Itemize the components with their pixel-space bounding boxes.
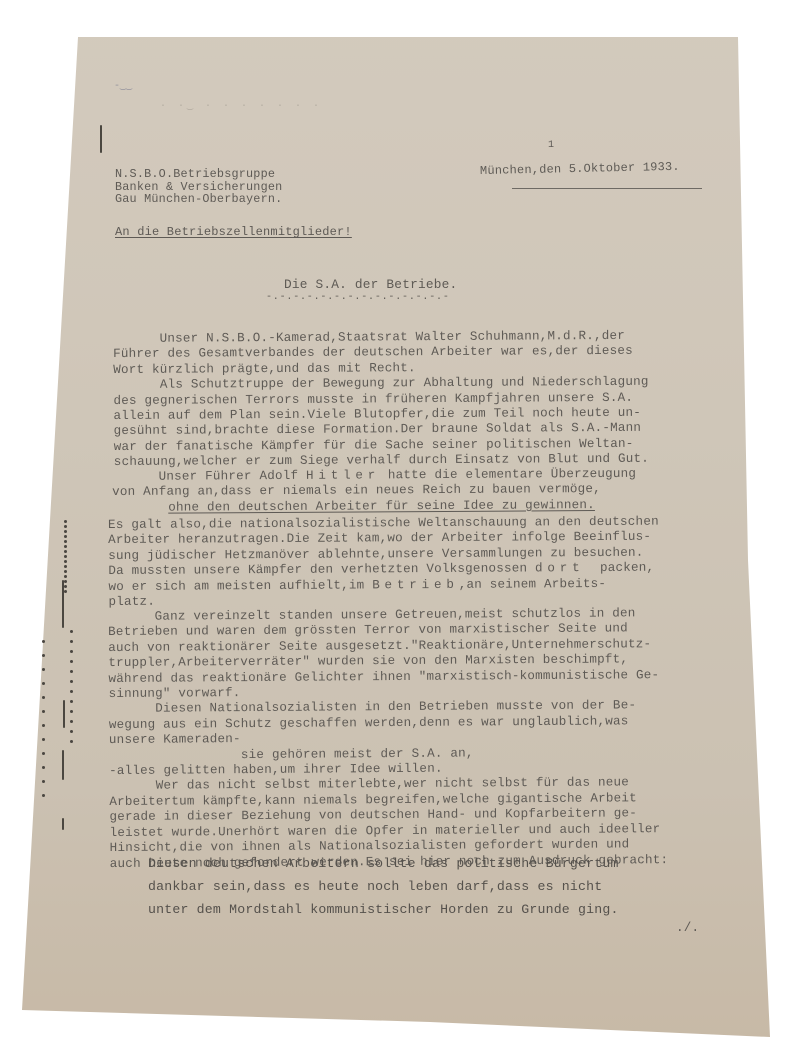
sender-block: N.S.B.O.BetriebsgruppeBanken & Versicher… [115,168,282,206]
margin-line-mark [62,750,64,780]
perforation-dots [64,520,68,595]
perforation-dots [70,630,74,750]
top-ink-smudge: -‿‿ [114,80,132,92]
text-line: Führer des Gesamtverbandes der deutschen… [113,344,648,363]
margin-line-mark [63,700,65,728]
underlined-emphasis: ohne den deutschen Arbeiter für seine Id… [168,498,595,515]
sender-line: Gau München-Oberbayern. [115,193,282,206]
sender-line: N.S.B.O.Betriebsgruppe [115,168,282,181]
salutation: An die Betriebszellenmitglieder! [115,225,352,240]
title-rule: -.-.-.-.-.-.-.-.-.-.-.-.-.- [266,290,450,305]
spaced-name: Hitler [306,468,380,482]
quote-line: unter dem Mordstahl kommunistischer Hord… [148,898,619,921]
faded-letterhead-marks: · ·‿ · · · · · · · [160,100,322,112]
quote-line: Diesen deutschen Arbeitern sollte das po… [148,852,619,875]
paragraph-3: Es galt also,die nationalsozialistische … [108,515,659,611]
margin-line-mark [62,580,64,628]
closing-quote: Diesen deutschen Arbeitern sollte das po… [148,852,619,921]
quote-line: dankbar sein,dass es heute noch leben da… [148,875,619,898]
paragraph-1: Unser N.S.B.O.-Kamerad,Staatsrat Walter … [113,329,649,471]
perforation-dots [42,640,46,808]
margin-line-mark [62,818,64,830]
paragraph-2: Unser Führer Adolf Hitler hatte die elem… [112,467,636,516]
date-underline [512,188,702,189]
staple-mark [100,125,102,153]
continuation-mark: ./. [676,921,699,936]
paragraph-4: Ganz vereinzelt standen unsere Getreuen,… [108,606,668,872]
page-mark: 1 [548,138,554,153]
